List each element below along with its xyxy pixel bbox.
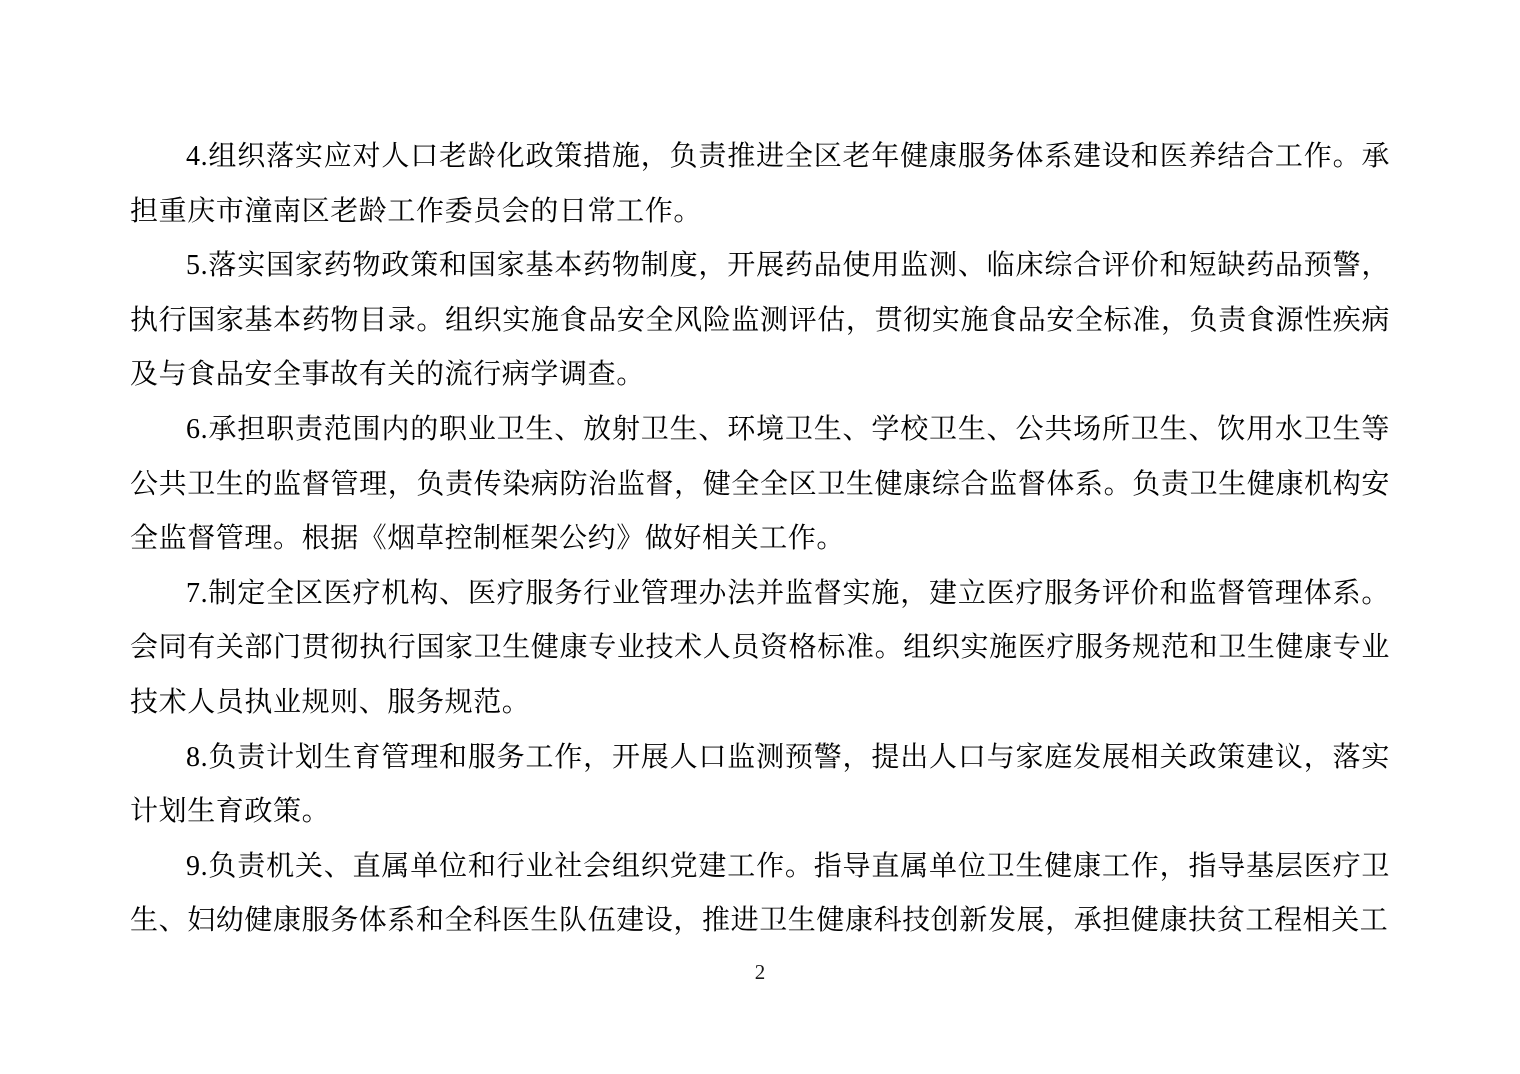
paragraph-item-4: 4.组织落实应对人口老龄化政策措施，负责推进全区老年健康服务体系建设和医养结合工… xyxy=(130,130,1390,239)
paragraph-item-6: 6.承担职责范围内的职业卫生、放射卫生、环境卫生、学校卫生、公共场所卫生、饮用水… xyxy=(130,403,1390,567)
paragraph-item-7: 7.制定全区医疗机构、医疗服务行业管理办法并监督实施，建立医疗服务评价和监督管理… xyxy=(130,567,1390,731)
paragraph-item-5: 5.落实国家药物政策和国家基本药物制度，开展药品使用监测、临床综合评价和短缺药品… xyxy=(130,239,1390,403)
page-number: 2 xyxy=(0,957,1520,987)
paragraph-item-9: 9.负责机关、直属单位和行业社会组织党建工作。指导直属单位卫生健康工作，指导基层… xyxy=(130,840,1390,949)
document-body: 4.组织落实应对人口老龄化政策措施，负责推进全区老年健康服务体系建设和医养结合工… xyxy=(130,130,1390,949)
document-page: 4.组织落实应对人口老龄化政策措施，负责推进全区老年健康服务体系建设和医养结合工… xyxy=(0,0,1520,1074)
paragraph-item-8: 8.负责计划生育管理和服务工作，开展人口监测预警，提出人口与家庭发展相关政策建议… xyxy=(130,731,1390,840)
